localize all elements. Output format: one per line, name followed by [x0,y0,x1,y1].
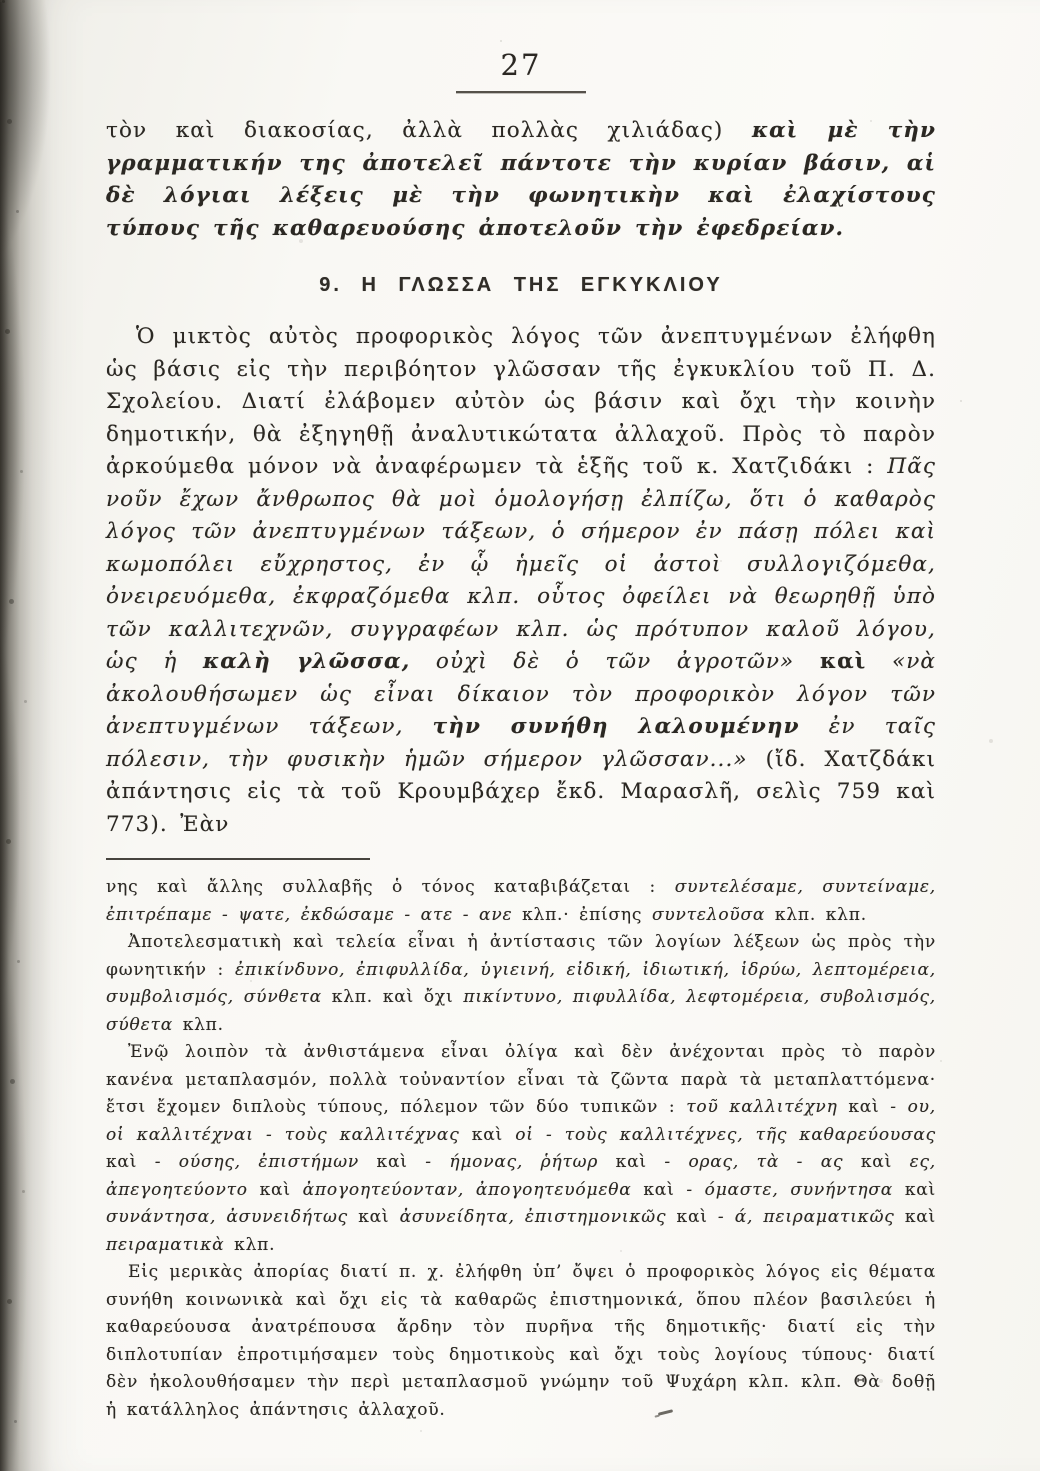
footnote-separator-rule [106,858,370,860]
paper-specks [0,0,2,2]
footnote-paragraph: Εἰς μερικὰς ἀπορίας διατί π. χ. ἐλήφθη ὑ… [106,1259,936,1424]
page-number: 27 [106,0,936,82]
footnote-paragraph: Ἐνῷ λοιπὸν τὰ ἀνθιστάμενα εἶναι ὀλίγα κα… [106,1039,936,1259]
continuation-paragraph: τὸν καὶ διακοσίας, ἀλλὰ πολλὰς χιλιάδας)… [106,115,936,245]
footnote-paragraph: νης καὶ ἄλλης συλλαβῆς ὁ τόνος καταβιβάζ… [106,874,936,929]
footnotes-block: νης καὶ ἄλλης συλλαβῆς ὁ τόνος καταβιβάζ… [106,874,936,1424]
book-page-scan: 27 τὸν καὶ διακοσίας, ἀλλὰ πολλὰς χιλιάδ… [0,0,1040,1471]
scan-gutter-grain [2,0,5,3]
page-number-rule [456,91,586,93]
scan-gutter-shadow [0,0,56,1471]
footnote-paragraph: Ἀποτελεσματικὴ καὶ τελεία εἶναι ἡ ἀντίστ… [106,929,936,1039]
section-paragraph: Ὁ μικτὸς αὐτὸς προφορικὸς λόγος τῶν ἀνεπ… [106,321,936,841]
page-content: 27 τὸν καὶ διακοσίας, ἀλλὰ πολλὰς χιλιάδ… [106,0,936,1424]
section-heading: 9. Η ΓΛΩΣΣΑ ΤΗΣ ΕΓΚΥΚΛΙΟΥ [106,274,936,297]
